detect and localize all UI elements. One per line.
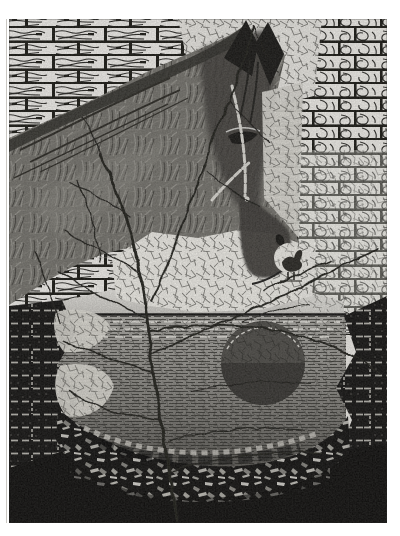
artwork-print: Monochrome surreal engraving print: a ho… xyxy=(0,0,400,536)
grain-light xyxy=(9,19,387,523)
print-area xyxy=(9,19,387,523)
engraving-canvas: Monochrome surreal engraving print: a ho… xyxy=(0,0,400,536)
